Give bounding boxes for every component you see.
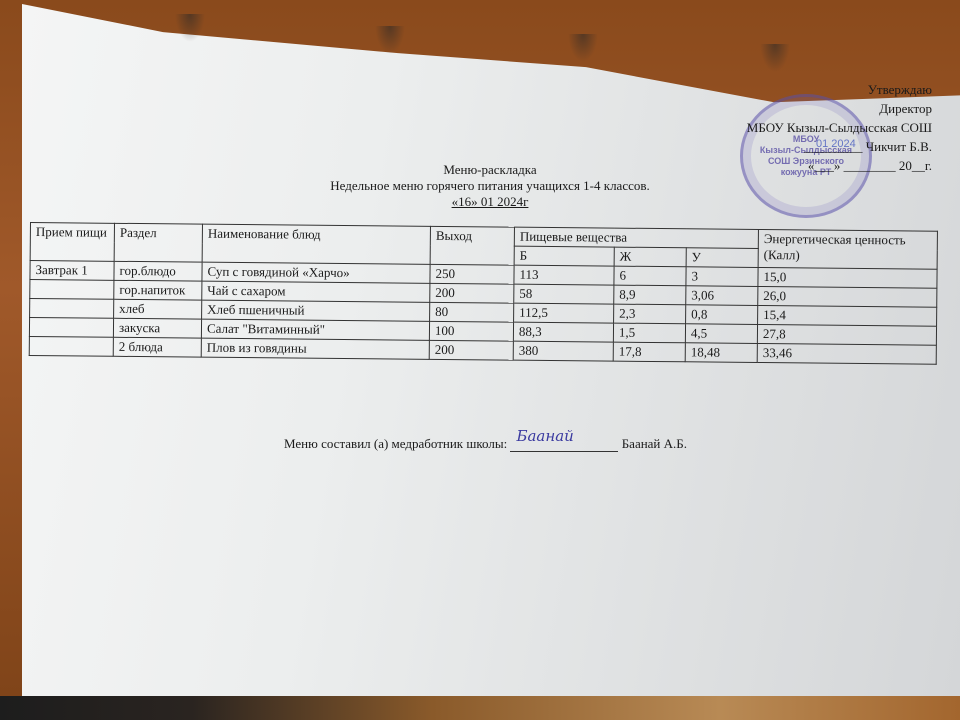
document-title: Меню-раскладка Недельное меню горячего п… [280,162,700,210]
cell-fat: 8,9 [614,285,686,305]
cell-yield: 100 [429,321,513,341]
cell-carbs: 3 [686,267,758,287]
cell-protein: 58 [514,284,614,304]
signature-line: Баанай [510,437,618,452]
cell-meal [30,299,114,319]
cell-fat: 1,5 [613,323,685,343]
cell-energy: 15,0 [758,267,937,288]
header-section: Раздел [114,223,202,262]
cell-energy: 33,46 [757,343,936,364]
approval-line: Утверждаю [747,80,932,99]
cell-dish: Плов из говядины [201,338,429,359]
cell-energy: 26,0 [758,286,937,307]
header-yield: Выход [430,226,514,265]
cell-yield: 250 [430,264,514,284]
cell-section: закуска [113,318,201,338]
handwritten-signature: Баанай [516,427,573,445]
cell-protein: 112,5 [514,303,614,323]
cell-meal [29,318,113,338]
cell-protein: 380 [513,341,613,361]
subtitle-line: Недельное меню горячего питания учащихся… [280,178,700,194]
cell-dish: Салат "Витаминный" [201,319,429,340]
signer-name: Баанай А.Б. [622,436,687,451]
cell-section: хлеб [114,299,202,319]
approval-line: МБОУ Кызыл-Сылдысская СОШ [747,118,932,137]
cell-dish: Суп с говядиной «Харчо» [202,262,430,283]
cell-meal [30,280,114,300]
header-fat: Ж [614,247,686,267]
cell-carbs: 4,5 [685,324,757,344]
signature-label: Меню составил (а) медработник школы: [284,436,507,451]
cell-carbs: 3,06 [686,286,758,306]
cell-dish: Хлеб пшеничный [202,300,430,321]
approval-line: Директор [747,99,932,118]
cell-energy: 27,8 [757,324,936,345]
cell-carbs: 18,48 [685,343,757,363]
cell-section: гор.блюдо [114,261,202,281]
signature-block: Меню составил (а) медработник школы: Баа… [284,436,687,452]
cell-fat: 6 [614,266,686,286]
cell-fat: 17,8 [613,342,685,362]
cell-meal [29,336,113,356]
cell-meal: Завтрак 1 [30,261,114,281]
cell-section: гор.напиток [114,280,202,300]
cell-dish: Чай с сахаром [202,281,430,302]
cell-energy: 15,4 [758,305,937,326]
menu-table: Прием пищи Раздел Наименование блюд Выхо… [29,222,938,365]
approval-line: _________ Чикчит Б.В. [747,137,932,156]
header-dish: Наименование блюд [202,224,430,264]
title-line: Меню-раскладка [280,162,700,178]
cell-protein: 88,3 [513,322,613,342]
cell-yield: 200 [429,340,513,360]
approval-block: Утверждаю Директор МБОУ Кызыл-Сылдысская… [747,80,932,175]
cell-yield: 80 [430,302,514,322]
document: МБОУ Кызыл-Сылдысская СОШ Эрзинского кож… [0,0,960,720]
menu-date: «16» 01 2024г [280,194,700,210]
header-carbs: У [686,248,758,268]
cell-yield: 200 [430,283,514,303]
header-meal: Прием пищи [30,223,114,262]
header-nutrients: Пищевые вещества [514,227,758,248]
cell-fat: 2,3 [614,304,686,324]
cell-carbs: 0,8 [686,305,758,325]
header-protein: Б [514,246,614,266]
header-energy: Энергетическая ценность (Калл) [758,229,937,269]
cell-protein: 113 [514,265,614,285]
approval-line: «___» ________ 20__г. [747,156,932,175]
cell-section: 2 блюда [113,337,201,357]
